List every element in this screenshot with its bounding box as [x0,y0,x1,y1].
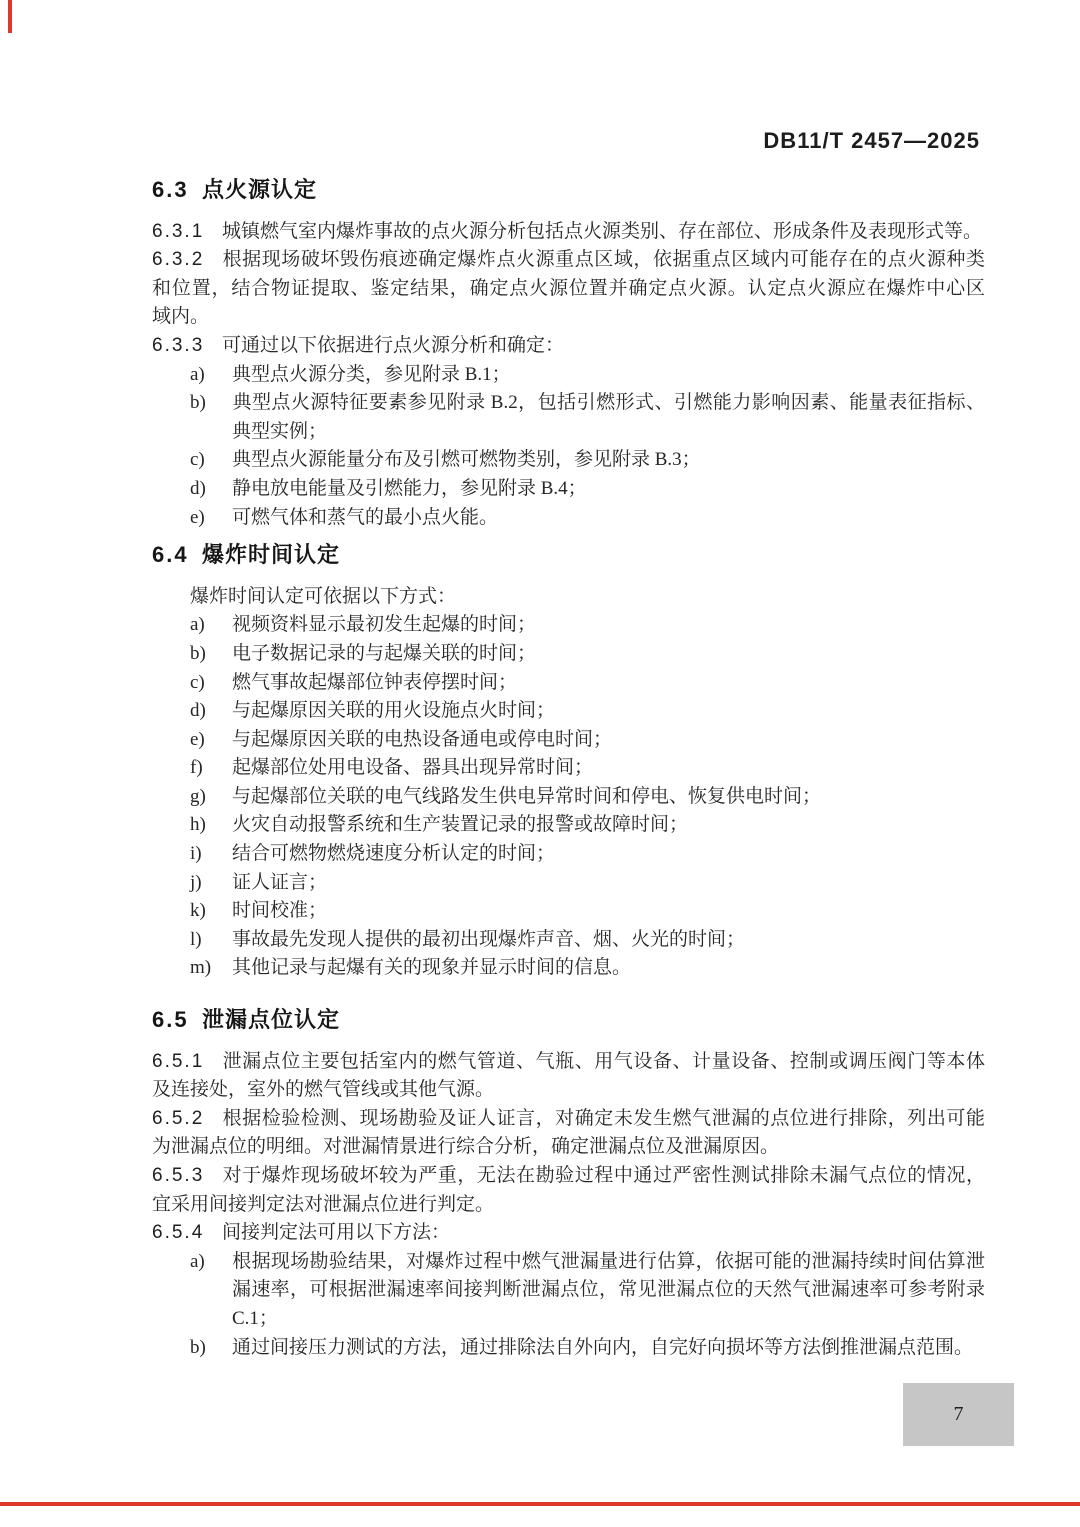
text-line: c)燃气事故起爆部位钟表停摆时间； [152,669,985,698]
list-item-j: j)证人证言； [152,869,985,898]
text-span: 及连接处，室外的燃气管线或其他气源。 [152,1079,494,1100]
text-span: 典型点火源分类，参见附录 B.1； [232,364,511,385]
list-item-l: l)事故最先发现人提供的最初出现爆炸声音、烟、火光的时间； [152,926,985,955]
text-span: 典型实例； [232,421,327,442]
page-number: 7 [954,1403,964,1426]
document-body: 6.3点火源认定6.3.1城镇燃气室内爆炸事故的点火源分析包括点火源类别、存在部… [152,176,985,1362]
text-span: 燃气事故起爆部位钟表停摆时间； [232,672,517,693]
text-line: b)典型点火源特征要素参见附录 B.2，包括引燃形式、引燃能力影响因素、能量表征… [152,389,985,418]
text-span: 结合可燃物燃烧速度分析认定的时间； [232,843,555,864]
section-number: 6.3 [152,176,202,205]
clause-6.3.1: 6.3.1城镇燃气室内爆炸事故的点火源分析包括点火源类别、存在部位、形成条件及表… [152,218,985,247]
text-span: 起爆部位处用电设备、器具出现异常时间； [232,757,593,778]
text-line: 域内。 [152,303,985,332]
section-heading: 6.4爆炸时间认定 [152,541,985,570]
list-item-c: c)燃气事故起爆部位钟表停摆时间； [152,669,985,698]
list-item-h: h)火灾自动报警系统和生产装置记录的报警或故障时间； [152,811,985,840]
text-span: 漏速率，可根据泄漏速率间接判断泄漏点位，常见泄漏点位的天然气泄漏速率可参考附录 [232,1279,985,1300]
text-span: C.1； [232,1308,278,1329]
section-title: 爆炸时间认定 [202,542,340,567]
list-item-g: g)与起爆部位关联的电气线路发生供电异常时间和停电、恢复供电时间； [152,783,985,812]
text-line: 6.3.1城镇燃气室内爆炸事故的点火源分析包括点火源类别、存在部位、形成条件及表… [152,218,985,247]
item-label: e) [190,726,232,755]
list-item-e: e)可燃气体和蒸气的最小点火能。 [152,504,985,533]
scan-mark-bottom-line [0,1502,1080,1506]
clause-6.5.1: 6.5.1泄漏点位主要包括室内的燃气管道、气瓶、用气设备、计量设备、控制或调压阀… [152,1048,985,1105]
text-line: l)事故最先发现人提供的最初出现爆炸声音、烟、火光的时间； [152,926,985,955]
item-label: b) [190,640,232,669]
text-line: 宜采用间接判定法对泄漏点位进行判定。 [152,1191,985,1220]
list-item-b: b)典型点火源特征要素参见附录 B.2，包括引燃形式、引燃能力影响因素、能量表征… [152,389,985,446]
text-span: 和位置，结合物证提取、鉴定结果，确定点火源位置并确定点火源。认定点火源应在爆炸中… [152,278,985,299]
text-span: 时间校准； [232,900,327,921]
section-title: 点火源认定 [202,177,317,202]
text-line: a)视频资料显示最初发生起爆的时间； [152,611,985,640]
text-line: 爆炸时间认定可依据以下方式： [152,583,985,612]
item-label: c) [190,669,232,698]
list-item-a: a)根据现场勘验结果，对爆炸过程中燃气泄漏量进行估算，依据可能的泄漏持续时间估算… [152,1248,985,1334]
item-label: b) [190,1334,232,1363]
text-span: 宜采用间接判定法对泄漏点位进行判定。 [152,1194,494,1215]
paragraph: 爆炸时间认定可依据以下方式： [152,583,985,612]
text-line: g)与起爆部位关联的电气线路发生供电异常时间和停电、恢复供电时间； [152,783,985,812]
text-line: d)静电放电能量及引燃能力，参见附录 B.4； [152,475,985,504]
text-span: 城镇燃气室内爆炸事故的点火源分析包括点火源类别、存在部位、形成条件及表现形式等。 [222,221,982,242]
text-span: 根据检验检测、现场勘验及证人证言，对确定未发生燃气泄漏的点位进行排除，列出可能 [222,1108,985,1129]
text-line: f)起爆部位处用电设备、器具出现异常时间； [152,754,985,783]
item-label: k) [190,897,232,926]
text-span: 与起爆部位关联的电气线路发生供电异常时间和停电、恢复供电时间； [232,786,821,807]
section-heading: 6.3点火源认定 [152,176,985,205]
list-item-k: k)时间校准； [152,897,985,926]
text-span: 事故最先发现人提供的最初出现爆炸声音、烟、火光的时间； [232,929,745,950]
text-span: 典型点火源能量分布及引燃可燃物类别，参见附录 B.3； [232,449,701,470]
list-item-c: c)典型点火源能量分布及引燃可燃物类别，参见附录 B.3； [152,446,985,475]
item-label: d) [190,697,232,726]
text-span: 爆炸时间认定可依据以下方式： [190,586,456,607]
clause-6.5.4: 6.5.4间接判定法可用以下方法： [152,1219,985,1248]
item-label: e) [190,504,232,533]
text-line: 和位置，结合物证提取、鉴定结果，确定点火源位置并确定点火源。认定点火源应在爆炸中… [152,275,985,304]
text-line: h)火灾自动报警系统和生产装置记录的报警或故障时间； [152,811,985,840]
text-line: j)证人证言； [152,869,985,898]
text-span: 火灾自动报警系统和生产装置记录的报警或故障时间； [232,814,688,835]
list-item-b: b)电子数据记录的与起爆关联的时间； [152,640,985,669]
text-line: a)典型点火源分类，参见附录 B.1； [152,361,985,390]
page-number-box: 7 [903,1383,1014,1446]
clause-6.5.2: 6.5.2根据检验检测、现场勘验及证人证言，对确定未发生燃气泄漏的点位进行排除，… [152,1105,985,1162]
clause-number: 6.5.1 [152,1048,222,1077]
section-6.5: 6.5泄漏点位认定6.5.1泄漏点位主要包括室内的燃气管道、气瓶、用气设备、计量… [152,1006,985,1362]
text-line: a)根据现场勘验结果，对爆炸过程中燃气泄漏量进行估算，依据可能的泄漏持续时间估算… [152,1248,985,1277]
section-title: 泄漏点位认定 [202,1007,340,1032]
text-line: 6.3.3可通过以下依据进行点火源分析和确定： [152,332,985,361]
text-span: 根据现场破坏毁伤痕迹确定爆炸点火源重点区域，依据重点区域内可能存在的点火源种类 [222,249,985,270]
section-number: 6.4 [152,541,202,570]
text-line: 6.3.2根据现场破坏毁伤痕迹确定爆炸点火源重点区域，依据重点区域内可能存在的点… [152,246,985,275]
clause-6.3.3: 6.3.3可通过以下依据进行点火源分析和确定： [152,332,985,361]
text-line: 6.5.3对于爆炸现场破坏较为严重，无法在勘验过程中通过严密性测试排除未漏气点位… [152,1162,985,1191]
text-span: 间接判定法可用以下方法： [222,1222,450,1243]
text-line: m)其他记录与起爆有关的现象并显示时间的信息。 [152,954,985,983]
text-line: 6.5.4间接判定法可用以下方法： [152,1219,985,1248]
text-line: e)与起爆原因关联的电热设备通电或停电时间； [152,726,985,755]
clause-6.5.3: 6.5.3对于爆炸现场破坏较为严重，无法在勘验过程中通过严密性测试排除未漏气点位… [152,1162,985,1219]
list-item-i: i)结合可燃物燃烧速度分析认定的时间； [152,840,985,869]
text-line: c)典型点火源能量分布及引燃可燃物类别，参见附录 B.3； [152,446,985,475]
list-item-f: f)起爆部位处用电设备、器具出现异常时间； [152,754,985,783]
section-6.4: 6.4爆炸时间认定爆炸时间认定可依据以下方式：a)视频资料显示最初发生起爆的时间… [152,541,985,983]
list-item-a: a)视频资料显示最初发生起爆的时间； [152,611,985,640]
scan-mark-top-left [8,0,12,33]
text-span: 典型点火源特征要素参见附录 B.2，包括引燃形式、引燃能力影响因素、能量表征指标… [232,392,985,413]
section-6.3: 6.3点火源认定6.3.1城镇燃气室内爆炸事故的点火源分析包括点火源类别、存在部… [152,176,985,532]
section-number: 6.5 [152,1006,202,1035]
text-span: 根据现场勘验结果，对爆炸过程中燃气泄漏量进行估算，依据可能的泄漏持续时间估算泄 [232,1251,985,1272]
text-span: 通过间接压力测试的方法，通过排除法自外向内，自完好向损坏等方法倒推泄漏点范围。 [232,1337,973,1358]
section-heading: 6.5泄漏点位认定 [152,1006,985,1035]
text-span: 对于爆炸现场破坏较为严重，无法在勘验过程中通过严密性测试排除未漏气点位的情况， [222,1165,985,1186]
item-label: b) [190,389,232,418]
text-line: k)时间校准； [152,897,985,926]
text-span: 可燃气体和蒸气的最小点火能。 [232,507,498,528]
item-label: i) [190,840,232,869]
item-label: l) [190,926,232,955]
text-span: 与起爆原因关联的用火设施点火时间； [232,700,555,721]
text-span: 泄漏点位主要包括室内的燃气管道、气瓶、用气设备、计量设备、控制或调压阀门等本体 [222,1051,985,1072]
item-label: c) [190,446,232,475]
text-line: b)通过间接压力测试的方法，通过排除法自外向内，自完好向损坏等方法倒推泄漏点范围… [152,1334,985,1363]
item-label: g) [190,783,232,812]
text-span: 其他记录与起爆有关的现象并显示时间的信息。 [232,957,631,978]
list-item-m: m)其他记录与起爆有关的现象并显示时间的信息。 [152,954,985,983]
item-label: j) [190,869,232,898]
text-span: 视频资料显示最初发生起爆的时间； [232,614,536,635]
list-item-b: b)通过间接压力测试的方法，通过排除法自外向内，自完好向损坏等方法倒推泄漏点范围… [152,1334,985,1363]
text-line: b)电子数据记录的与起爆关联的时间； [152,640,985,669]
text-span: 域内。 [152,306,209,327]
list-item-e: e)与起爆原因关联的电热设备通电或停电时间； [152,726,985,755]
text-line: 为泄漏点位的明细。对泄漏情景进行综合分析，确定泄漏点位及泄漏原因。 [152,1133,985,1162]
text-span: 证人证言； [232,872,327,893]
text-line: e)可燃气体和蒸气的最小点火能。 [152,504,985,533]
text-span: 与起爆原因关联的电热设备通电或停电时间； [232,729,612,750]
item-label: d) [190,475,232,504]
clause-6.3.2: 6.3.2根据现场破坏毁伤痕迹确定爆炸点火源重点区域，依据重点区域内可能存在的点… [152,246,985,332]
list-item-d: d)与起爆原因关联的用火设施点火时间； [152,697,985,726]
clause-number: 6.5.3 [152,1162,222,1191]
doc-number-header: DB11/T 2457—2025 [763,128,980,154]
text-line: 6.5.2根据检验检测、现场勘验及证人证言，对确定未发生燃气泄漏的点位进行排除，… [152,1105,985,1134]
text-line: i)结合可燃物燃烧速度分析认定的时间； [152,840,985,869]
list-item-d: d)静电放电能量及引燃能力，参见附录 B.4； [152,475,985,504]
clause-number: 6.5.4 [152,1219,222,1248]
document-page: DB11/T 2457—2025 6.3点火源认定6.3.1城镇燃气室内爆炸事故… [0,0,1080,1527]
clause-number: 6.3.3 [152,332,222,361]
item-label: f) [190,754,232,783]
text-span: 可通过以下依据进行点火源分析和确定： [222,335,564,356]
item-label: m) [190,954,232,983]
text-span: 为泄漏点位的明细。对泄漏情景进行综合分析，确定泄漏点位及泄漏原因。 [152,1136,779,1157]
text-line: d)与起爆原因关联的用火设施点火时间； [152,697,985,726]
item-label: a) [190,361,232,390]
text-span: 电子数据记录的与起爆关联的时间； [232,643,536,664]
clause-number: 6.3.1 [152,218,222,247]
list-item-a: a)典型点火源分类，参见附录 B.1； [152,361,985,390]
text-line: C.1； [152,1305,985,1334]
item-label: h) [190,811,232,840]
item-label: a) [190,611,232,640]
item-label: a) [190,1248,232,1277]
clause-number: 6.3.2 [152,246,222,275]
text-line: 及连接处，室外的燃气管线或其他气源。 [152,1076,985,1105]
text-line: 漏速率，可根据泄漏速率间接判断泄漏点位，常见泄漏点位的天然气泄漏速率可参考附录 [152,1276,985,1305]
text-span: 静电放电能量及引燃能力，参见附录 B.4； [232,478,587,499]
text-line: 6.5.1泄漏点位主要包括室内的燃气管道、气瓶、用气设备、计量设备、控制或调压阀… [152,1048,985,1077]
clause-number: 6.5.2 [152,1105,222,1134]
text-line: 典型实例； [152,418,985,447]
